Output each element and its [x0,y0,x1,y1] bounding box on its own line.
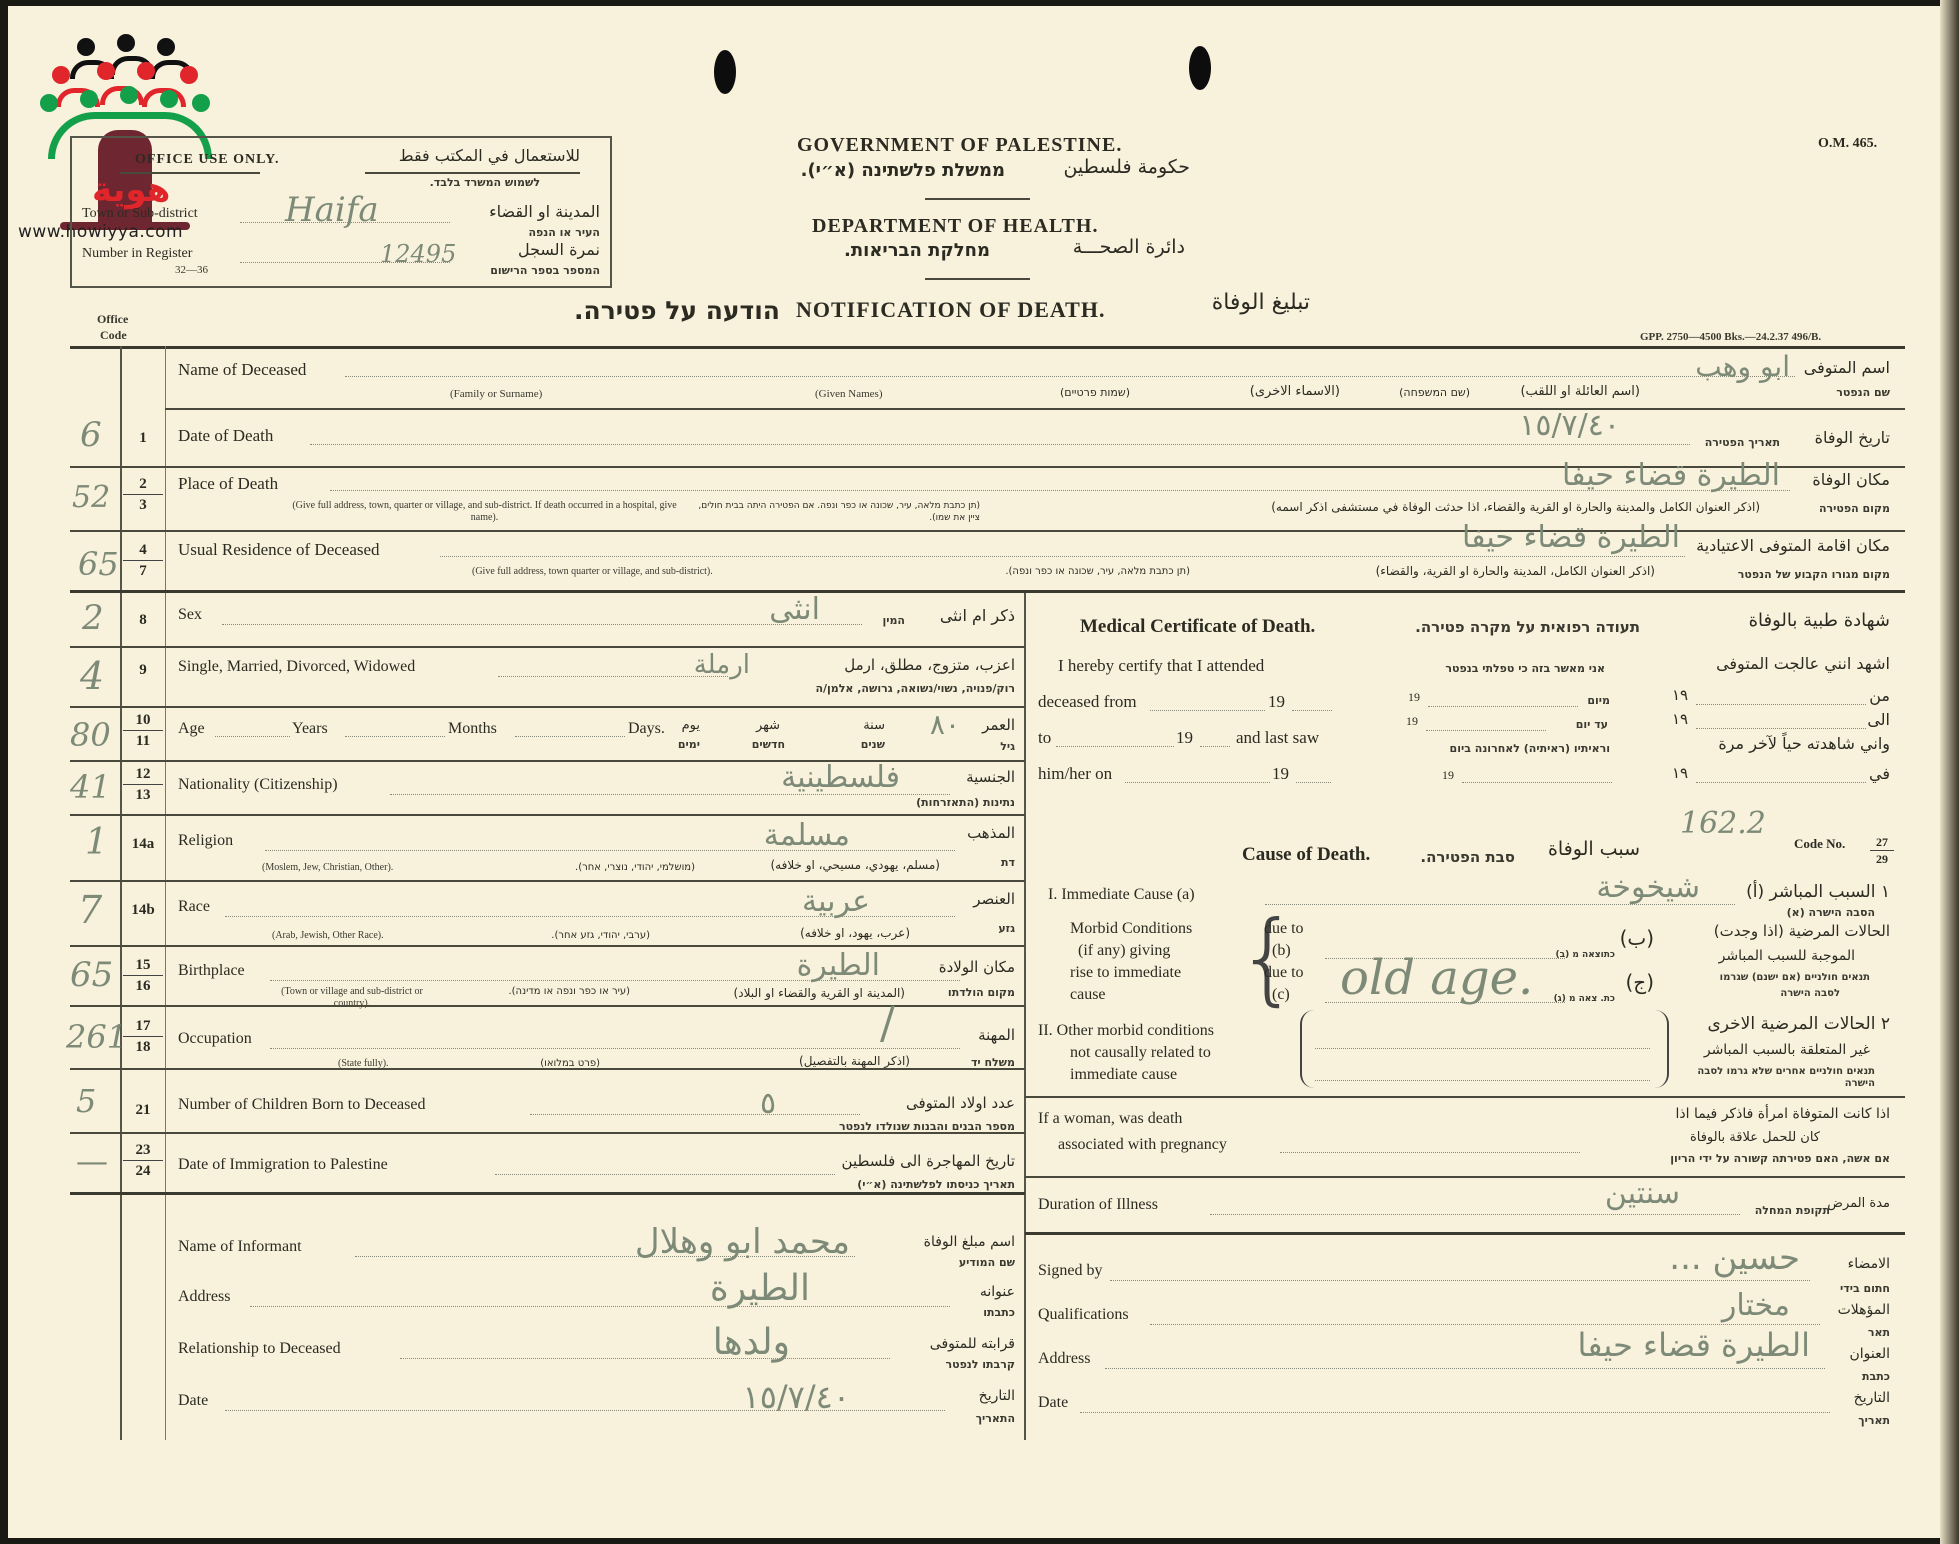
race-value[interactable]: عربية [740,884,870,919]
row-rule [70,706,1025,708]
due-to-c-he: כת. צאה מ (ג) [1545,994,1615,1004]
row-number-15: 1516 [123,955,163,996]
relationship-value[interactable]: ولدها [660,1322,790,1363]
occupation-label-ar: المهنة [940,1026,1015,1044]
occupation-hint-ar: (اذكر المهنة بالتفصيل) [740,1054,910,1068]
form-number: O.M. 465. [1818,136,1877,152]
office-code-label-1: Office [97,312,128,327]
children-label: Number of Children Born to Deceased [178,1096,425,1114]
religion-label: Religion [178,832,233,850]
last-saw-label-he: וראיתיו (ראיתיה) לאחרונה ביום [1400,742,1610,755]
given-names-hint-he: (שמות פרטיים) [1050,386,1130,399]
place-of-death-label-he: מקום הפטירה [1790,502,1890,515]
due-to-b-he: כתוצאה מ (ב) [1545,950,1615,960]
row-rule [70,1192,1025,1195]
him-her-label-ar: في [1868,764,1890,783]
residence-dotted-line [440,556,1685,557]
occupation-value[interactable]: / [880,998,895,1049]
to-dotted [1056,746,1174,747]
signed-by-label-he: חתום בידי [1815,1282,1890,1295]
signed-by-label-ar: الامضاء [1815,1256,1890,1272]
age-years-label: Years [292,720,328,738]
certify-text: I hereby certify that I attended [1058,656,1264,676]
register-label: Number in Register [82,246,192,262]
doctor-address-value[interactable]: الطيرة قضاء حيفا [1440,1326,1810,1364]
office-code-21[interactable]: 5 [76,1082,96,1120]
age-year-ar: سنة [855,718,885,733]
birthplace-label-he: מקום הולדתו [910,986,1015,999]
town-label: Town or Sub-district [82,206,198,222]
to-year-he: 19 [1406,714,1418,729]
number-column-divider [165,346,166,1440]
notification-title: NOTIFICATION OF DEATH. [796,297,1105,323]
birthplace-value[interactable]: الطيرة [760,948,880,983]
row-number-8: 8 [123,610,163,630]
row-rule [70,590,1905,593]
signed-by-label: Signed by [1038,1262,1102,1280]
nationality-label-he: נתינות (התאזרחות) [895,796,1015,809]
code-no-label: Code No. [1794,836,1845,852]
place-of-death-hint: (Give full address, town, quarter or vil… [282,500,687,524]
relationship-label: Relationship to Deceased [178,1340,341,1358]
header-rule-2 [925,278,1030,280]
usual-residence-label-he: מקום מגורו הקבוע של הנפטר [1680,568,1890,581]
from-year-prefix: 19 [1268,692,1285,712]
cause-of-death-title: Cause of Death. [1242,844,1370,866]
code-no-top: 27 [1876,835,1888,849]
nationality-value[interactable]: فلسطينية [720,760,900,795]
duration-label-he: תקופת המחלה [1750,1204,1830,1217]
due-to-c-letter: (c) [1272,986,1290,1004]
other-conditions-line-2: not causally related to [1070,1044,1211,1062]
religion-hint-ar: (مسلم، يهودي، مسيحي، او خلافه) [700,858,940,872]
date-of-death-label-he: תאריך הפטירה [1700,436,1780,449]
marital-status-label-ar: اعزب، متزوج، مطلق، ارمل [765,656,1015,674]
religion-hint-he: (מושלמי, יהודי, נוצרי, אחר). [495,862,695,873]
office-code-17[interactable]: 261 [66,1018,127,1056]
duration-value[interactable]: سنتين [1540,1176,1680,1211]
him-her-year-he: 19 [1442,768,1454,783]
scan-right-edge [1940,0,1959,1544]
usual-residence-hint: (Give full address, town quarter or vill… [472,566,713,577]
row-rule [70,814,1025,816]
race-hint: (Arab, Jewish, Other Race). [272,930,384,941]
immigration-dotted-line [495,1174,835,1175]
row-number-17: 1718 [123,1016,163,1057]
relationship-dotted [400,1358,890,1359]
him-her-year-dotted [1296,782,1331,783]
office-code-12[interactable]: 41 [70,768,111,806]
other-conditions-line-3: immediate cause [1070,1066,1177,1084]
office-heading-underline [120,172,260,174]
qualifications-dotted [1150,1324,1820,1325]
register-label-he: המספר בספר הרישום [440,264,600,277]
him-her-dotted [1125,782,1270,783]
to-year-ar: ١٩ [1672,710,1688,728]
pregnancy-label-1: If a woman, was death [1038,1110,1182,1128]
duration-label-ar: مدة المرض [1830,1196,1890,1211]
race-hint-he: (ערבי, יהודי, גזע אחר). [450,930,650,941]
row-rule [70,1132,1025,1134]
row-rule [70,945,1025,947]
register-subnumbers: 32—36 [175,264,208,276]
him-her-he-dotted [1462,782,1612,783]
age-years-dotted [215,736,290,737]
doctor-date-label: Date [1038,1394,1068,1412]
certify-text-ar: اشهد انني عالجت المتوفى [1660,654,1890,673]
usual-residence-hint-ar: (اذكر العنوان الكامل، المدينة والحارة او… [1195,564,1655,578]
place-of-death-hint-he: (תן כתבת מלאה, עיר, שכונה או כפר ונפה. א… [690,500,980,524]
row-number-3: 47 [123,540,163,581]
row-number-9: 9 [123,660,163,680]
row-number-23: 2324 [123,1140,163,1181]
row-rule [70,646,1025,648]
signed-by-dotted [1110,1280,1810,1281]
section-rule [1025,1176,1905,1178]
office-code-3[interactable]: 65 [78,545,119,583]
place-of-death-value[interactable]: الطيرة قضاء حيفا [1400,458,1780,493]
informant-name-label-he: שם המודיע [880,1256,1015,1269]
medical-cert-title-ar: شهادة طبية بالوفاة [1650,610,1890,631]
place-of-death-label: Place of Death [178,474,278,494]
morbid-label-ar-2: الموجبة للسبب المباشر [1665,948,1855,964]
name-label-ar: اسم المتوفى [1800,358,1890,377]
logo-person-icon [192,94,210,112]
usual-residence-value[interactable]: الطيرة قضاء حيفا [1300,520,1680,555]
informant-name-label: Name of Informant [178,1238,302,1256]
town-label-ar: المدينة او القضاء [440,202,600,221]
doctor-address-label: Address [1038,1350,1090,1368]
logo-person-icon [180,66,198,84]
from-dotted [1150,710,1265,711]
given-names-hint-ar: (الاسماء الاخرى) [1140,384,1340,399]
row-number-14b: 14b [123,900,163,920]
office-code-1[interactable]: 6 [80,415,102,455]
other-conditions-ar-2: غير المتعلقة بالسبب المباشر [1670,1042,1870,1058]
medical-cert-title: Medical Certificate of Death. [1080,616,1315,638]
medical-cert-title-he: תעודה רפואית על מקרה פטירה. [1400,618,1640,636]
him-her-year-prefix: 19 [1272,764,1289,784]
from-label: deceased from [1038,692,1137,712]
usual-residence-label-ar: مكان اقامة المتوفى الاعتيادية [1680,536,1890,555]
section-rule [1025,1096,1905,1098]
immigration-label-he: תאריך כניסתו לפלשתינה (א״י) [800,1178,1015,1191]
pregnancy-label-ar-1: اذا كانت المتوفاة امرأة فاذكر فيما اذا [1590,1106,1890,1122]
row-rule [70,880,1025,882]
town-value[interactable]: Haifa [285,190,379,230]
morbid-conditions-line-2: (if any) giving [1078,942,1170,960]
government-title-ar: حكومة فلسطين [1010,156,1190,178]
to-year-prefix: 19 [1176,728,1193,748]
from-ar-dotted [1696,704,1866,705]
religion-dotted-line [265,850,955,851]
religion-label-ar: المذهب [940,824,1015,842]
race-label-he: גזע [960,922,1015,935]
immediate-cause-value[interactable]: شيخوخة [1560,870,1700,905]
from-label-he: מיום [1580,694,1610,707]
morbid-label-he-2: לסבה הישרה [1700,988,1840,999]
from-label-ar: من [1868,686,1890,705]
due-to-b-letter: (b) [1272,942,1291,960]
from-year-ar: ١٩ [1672,686,1688,704]
informant-address-label-he: כתבתו [940,1306,1015,1319]
age-days-dotted [515,736,625,737]
age-day-he: ימים [670,738,700,751]
doctor-address-dotted [1105,1368,1825,1369]
age-value[interactable]: ٨٠ [890,708,960,741]
to-year-dotted [1200,746,1230,747]
last-saw-label: and last saw [1236,728,1319,748]
date-dotted-line [310,444,1690,445]
logo-person-icon [137,62,155,80]
logo-person-icon [40,94,58,112]
to-he-dotted [1426,730,1546,731]
age-months-dotted [345,736,445,737]
office-code-2[interactable]: 52 [72,480,110,515]
row-number-21: 21 [123,1100,163,1120]
marital-status-value[interactable]: ارملة [620,650,750,680]
other-conditions-dotted-1 [1315,1048,1650,1049]
informant-name-value[interactable]: محمد ابو وهلال [520,1222,850,1262]
nationality-label: Nationality (Citizenship) [178,776,338,794]
office-use-heading-he: לשמוש המשרד בלבד. [380,176,540,189]
informant-date-label: Date [178,1392,208,1410]
informant-date-value[interactable]: ١٥/٧/٤٠ [680,1378,850,1416]
sex-value[interactable]: انثى [700,592,820,627]
from-he-dotted [1428,706,1578,707]
logo-person-icon [157,38,175,56]
office-code-23[interactable]: — [76,1142,108,1180]
age-month-he: חדשים [745,738,785,751]
informant-address-value[interactable]: الطيرة [640,1268,810,1309]
punch-hole-left [714,50,736,94]
usual-residence-hint-he: (תן כתבת מלאה, עיר, שכונה או כפר ונפה). [900,566,1190,577]
marital-status-label-he: רוק/פנויה, נשוי/נשואה, גרושה, אלמן/ה [765,682,1015,695]
certify-text-he: אני מאשר בזה כי טפלתי בנפטר [1400,662,1605,675]
morbid-conditions-line-3: rise to immediate [1070,964,1181,982]
informant-address-dotted [250,1306,950,1307]
row-number-1: 1 [123,428,163,448]
informant-address-label: Address [178,1288,230,1306]
to-label: to [1038,728,1051,748]
other-conditions-dotted-2 [1315,1080,1650,1081]
occupation-label: Occupation [178,1030,252,1048]
cause-handwritten-code[interactable]: 162.2 [1680,806,1766,841]
him-her-year-ar: ١٩ [1672,764,1688,782]
morbid-conditions-line-1: Morbid Conditions [1070,920,1192,938]
form-top-rule [70,346,1905,349]
last-saw-label-ar: واني شاهدته حياً لآخر مرة [1660,734,1890,753]
logo-person-icon [80,90,98,108]
name-of-deceased-label: Name of Deceased [178,360,306,380]
office-code-9[interactable]: 4 [80,654,104,698]
due-to-b: due to [1264,920,1304,938]
other-conditions-he: תנאים חולניים אחרים שלא גרמו לסבה הישרה [1670,1066,1875,1090]
doctor-date-dotted [1080,1412,1830,1413]
register-label-ar: نمرة السجل [440,240,600,259]
office-use-heading-ar: للاستعمال في المكتب فقط [340,146,580,165]
date-of-death-label-ar: تاريخ الوفاة [1790,428,1890,447]
usual-residence-label: Usual Residence of Deceased [178,540,380,560]
race-label-ar: العنصر [940,890,1015,908]
age-day-ar: يوم [670,718,700,733]
logo-person-icon [120,86,138,104]
given-names-hint: (Given Names) [815,388,883,400]
notification-title-he: הודעה על פטירה. [520,296,780,325]
relationship-label-he: קרבתו לנפטר [900,1358,1015,1371]
immigration-label: Date of Immigration to Palestine [178,1156,388,1174]
qualifications-label: Qualifications [1038,1306,1129,1324]
qualifications-value[interactable]: مختار [1690,1288,1790,1323]
occupation-dotted-line [270,1048,960,1049]
logo-person-icon [52,66,70,84]
row-number-2: 23 [123,474,163,515]
row-number-10: 1011 [123,710,163,751]
immediate-cause-label-ar: ١ السبب المباشر (أ) [1740,882,1890,902]
center-divider [1024,590,1026,1440]
date-of-death-label: Date of Death [178,426,273,446]
birthplace-hint-ar: (المدينة او القرية والقضاء او البلاد) [660,986,905,1000]
office-use-heading: OFFICE USE ONLY. [135,152,280,168]
row-number-12: 1213 [123,764,163,805]
signed-by-value[interactable]: حسين ... [1600,1238,1800,1278]
pregnancy-dotted [1280,1152,1580,1153]
due-to-c: due to [1264,964,1304,982]
age-days-label: Days. [628,720,665,738]
office-code-10[interactable]: 80 [70,716,111,754]
government-title-he: ממשלת פלשתינה (א״י). [760,160,1005,181]
family-surname-hint: (Family or Surname) [450,388,542,400]
department-title-ar: دائرة الصحـــة [1010,236,1185,258]
morbid-label-he-1: תנאים חולניים (אם ישנם) שגרמו [1660,972,1870,983]
qualifications-label-ar: المؤهلات [1820,1302,1890,1318]
other-conditions-ar-1: ٢ الحالات المرضية الاخرى [1670,1014,1890,1034]
informant-date-label-ar: التاريخ [940,1388,1015,1404]
age-month-ar: شهر [750,718,780,733]
informant-date-label-he: התאריך [940,1412,1015,1425]
office-code-label-2: Code [100,328,127,343]
morbid-label-ar-1: الحالات المرضية (اذا وجدت) [1665,922,1890,940]
logo-person-icon [160,90,178,108]
notification-title-ar: تبليغ الوفاة [1150,290,1310,315]
place-of-death-hint-ar: (اذكر العنوان الكامل والمدينة والحارة او… [990,500,1760,514]
age-label: Age [178,720,205,738]
doctor-date-label-he: תאריך [1830,1414,1890,1427]
cause-of-death-title-he: סבת הפטירה. [1400,848,1515,866]
code-column-divider [120,346,122,1440]
qualifications-label-he: תאר [1820,1326,1890,1339]
due-to-b-ar: (ب) [1614,926,1654,950]
code-no-value: 2729 [1870,834,1894,867]
religion-label-he: דת [960,856,1015,869]
doctor-address-label-he: כתבת [1826,1370,1890,1383]
duration-dotted [1210,1214,1740,1215]
printer-code: GPP. 2750—4500 Bks.—24.2.37 496/B. [1640,331,1821,343]
from-year-he: 19 [1408,690,1420,705]
office-code-15[interactable]: 65 [70,955,113,995]
sex-label-ar: ذكر ام انثى [905,606,1015,625]
pregnancy-label-he: אם אשה, האם פטירתה קשורה על ידי הריון [1620,1152,1890,1165]
row-rule [70,1068,1025,1070]
age-year-he: שנים [850,738,885,751]
birthplace-label-ar: مكان الولادة [910,958,1015,976]
children-dotted-line [530,1114,860,1115]
him-her-label: him/her on [1038,764,1112,784]
family-hint-he: (שם המשפחה) [1390,386,1470,399]
relationship-label-ar: قرابته للمتوفى [900,1336,1015,1352]
row-number-14a: 14a [123,834,163,854]
age-label-ar: العمر [960,716,1015,734]
place-of-death-label-ar: مكان الوفاة [1790,470,1890,489]
doctor-address-label-ar: العنوان [1826,1346,1890,1362]
office-code-14b[interactable]: 7 [78,888,102,932]
logo-person-icon [117,34,135,52]
age-label-he: גיל [960,740,1015,753]
name-label-he: שם הנפטר [1800,386,1890,399]
duration-label: Duration of Illness [1038,1196,1158,1214]
name-value[interactable]: ابو وهب [1560,350,1790,383]
birthplace-label: Birthplace [178,962,245,980]
logo-person-icon [77,38,95,56]
nationality-label-ar: الجنسية [930,768,1015,786]
to-label-he: עד יום [1548,718,1608,731]
children-label-ar: عدد اولاد المتوفى [870,1094,1015,1112]
section-rule [1025,1232,1905,1235]
birthplace-hint-he: (עיר או כפר ונפה או מדינה). [500,986,630,998]
department-title: DEPARTMENT OF HEALTH. [812,215,1098,238]
pregnancy-label-2: associated with pregnancy [1058,1136,1227,1154]
informant-name-label-ar: اسم مبلغ الوفاة [880,1234,1015,1250]
to-label-ar: الى [1862,710,1890,729]
row-rule [165,408,1905,410]
government-title: GOVERNMENT OF PALESTINE. [797,134,1122,157]
from-year-dotted [1292,710,1332,711]
religion-hint: (Moslem, Jew, Christian, Other). [262,862,393,873]
sex-label-he: המין [865,614,905,627]
him-her-ar-dotted [1696,782,1866,783]
religion-value[interactable]: مسلمة [720,818,850,853]
office-code-8[interactable]: 2 [82,598,104,638]
office-code-14a[interactable]: 1 [85,822,108,863]
doctor-date-label-ar: التاريخ [1830,1390,1890,1406]
children-value[interactable]: ٥ [760,1086,776,1121]
morbid-value[interactable]: old age. [1340,950,1533,1006]
informant-address-label-ar: عنوانه [940,1284,1015,1300]
pregnancy-label-ar-2: كان للحمل علاقة بالوفاة [1620,1130,1820,1145]
race-label: Race [178,898,210,916]
morbid-conditions-line-4: cause [1070,986,1106,1004]
code-no-bottom: 29 [1870,850,1894,867]
date-of-death-value[interactable]: ١٥/٧/٤٠ [1420,408,1620,443]
department-title-he: מחלקת הבריאות. [760,240,990,261]
to-ar-dotted [1696,728,1866,729]
header-rule-1 [925,198,1030,200]
punch-hole-right [1189,46,1211,90]
sex-label: Sex [178,606,202,624]
immigration-label-ar: تاريخ المهاجرة الى فلسطين [840,1152,1015,1170]
immediate-cause-label: I. Immediate Cause (a) [1048,886,1195,904]
other-conditions-line-1: II. Other morbid conditions [1038,1022,1214,1040]
other-conditions-box [1300,1010,1669,1088]
logo-person-icon [97,62,115,80]
age-months-label: Months [448,720,497,738]
due-to-c-ar: (ج) [1614,970,1654,994]
marital-status-label: Single, Married, Divorced, Widowed [178,658,415,676]
race-hint-ar: (عرب، يهود، او خلافه) [700,926,910,940]
cause-of-death-title-ar: سبب الوفاة [1520,838,1640,860]
immediate-cause-label-he: הסבה הישרה (א) [1740,906,1875,919]
town-label-he: העיר או הנפה [440,226,600,239]
